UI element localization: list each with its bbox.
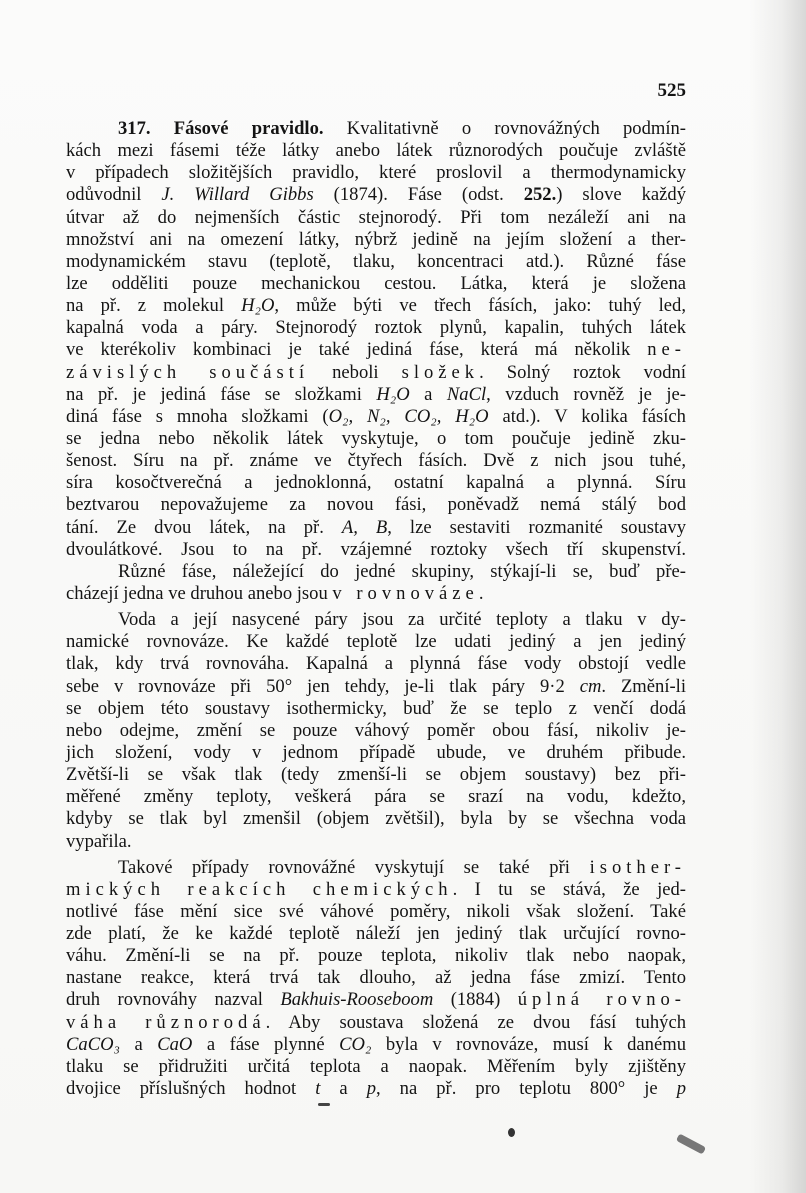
section-heading-line: 317. Fásové pravidlo. Kvalitativně o rov… — [66, 118, 686, 140]
text-run: Takové případy rovnovážné vyskytují se t… — [118, 857, 590, 878]
author-name: J. Willard Gibbs — [161, 184, 313, 205]
text-line: jich složení, vody v jednom případě ubud… — [66, 742, 686, 764]
text-line: v případech složitějších pravidlo, které… — [66, 162, 686, 184]
text-run: druh rovnováhy nazval — [66, 989, 280, 1010]
formula: H₂O — [241, 295, 274, 316]
text-line: na př. je jediná fáse se složkami H₂O a … — [66, 384, 686, 406]
text-line: dvoulátkové. Jsou to na př. vzájemné roz… — [66, 539, 686, 561]
text-line: Zvětší-li se však tlak (tedy zmenší-li s… — [66, 764, 686, 786]
text-line: šenost. Síru na př. známe ve čtyřech fás… — [66, 450, 686, 472]
paragraph-end-line: vypařila. — [66, 831, 686, 853]
section-title: 317. Fásové pravidlo. — [118, 118, 324, 139]
text-run: , může býti ve třech fásích, jako: tuhý … — [274, 295, 686, 316]
text-line: množství ani na omezení látky, nýbrž jed… — [66, 229, 686, 251]
text-line: na př. z molekul H₂O, může býti ve třech… — [66, 295, 686, 317]
text-line: se objem této soustavy isothermicky, buď… — [66, 698, 686, 720]
scanned-book-page: 525 317. Fásové pravidlo. Kvalitativně o… — [0, 0, 806, 1193]
emphasis-spaced: v rovnováze — [332, 583, 478, 604]
author-name: Bakhuis-Rooseboom — [280, 989, 433, 1010]
text-run: atd.). V kolika fásích — [489, 406, 686, 427]
text-run: na př. je jediná fáse se složkami — [66, 384, 376, 405]
formula: NaCl — [447, 384, 486, 405]
text-run: cházejí jedna ve druhou anebo jsou — [66, 583, 332, 604]
text-line: diná fáse s mnoha složkami (O₂, N₂, CO₂,… — [66, 406, 686, 428]
text-line: lze odděliti pouze mechanickou cestou. L… — [66, 273, 686, 295]
text-line: beztvarou nepovažujeme za novou fási, po… — [66, 494, 686, 516]
variable: A, B — [342, 517, 387, 538]
text-line: tání. Ze dvou látek, na př. A, B, lze se… — [66, 517, 686, 539]
paragraph-start-line: Voda a její nasycené páry jsou za určité… — [66, 609, 686, 631]
text-run: . — [479, 583, 484, 604]
text-run: . I tu se stává, že jed- — [453, 879, 686, 900]
text-run: a — [320, 1078, 366, 1099]
formula: CaO — [157, 1034, 192, 1055]
formula: O₂, N₂, CO₂, H₂O — [329, 406, 489, 427]
text-line: druh rovnováhy nazval Bakhuis-Rooseboom … — [66, 989, 686, 1011]
text-run: byla v rovnováze, musí k danému — [371, 1034, 686, 1055]
text-run: odůvodnil — [66, 184, 161, 205]
text-run: (1884) — [433, 989, 517, 1010]
text-line: útvar až do nejmenších částic stejnorodý… — [66, 207, 686, 229]
text-run: sebe v rovnováze při 50° jen tehdy, je-l… — [66, 676, 580, 697]
text-line: namické rovnováze. Ke každé teplotě lze … — [66, 631, 686, 653]
text-line: zde platí, že ke každé teplotě náleží je… — [66, 923, 686, 945]
text-line: odůvodnil J. Willard Gibbs (1874). Fáse … — [66, 184, 686, 206]
emphasis-spaced: ne- — [647, 339, 686, 360]
text-run: . Solný roztok vodní — [479, 362, 686, 383]
paragraph-start-line: Takové případy rovnovážné vyskytují se t… — [66, 857, 686, 879]
paragraph-end-line: cházejí jedna ve druhou anebo jsou v rov… — [66, 583, 686, 605]
text-run: a — [120, 1034, 157, 1055]
text-line: váhu. Změní-li se na př. pouze teplota, … — [66, 945, 686, 967]
text-run: ) slove každý — [556, 184, 686, 205]
text-line: nastane reakce, která trvá tak dlouho, a… — [66, 967, 686, 989]
scan-artifact — [676, 1133, 706, 1154]
text-run: tání. Ze dvou látek, na př. — [66, 517, 342, 538]
printer-mark — [318, 1103, 330, 1106]
text-run: ve kterékoliv kombinaci je také jediná f… — [66, 339, 647, 360]
text-line: CaCO₃ a CaO a fáse plynné CO₂ byla v rov… — [66, 1034, 686, 1056]
text-line: modynamickém stavu (teplotě, tlaku, konc… — [66, 251, 686, 273]
unit: cm — [580, 676, 602, 697]
text-run: a — [410, 384, 447, 405]
text-line: ve kterékoliv kombinaci je také jediná f… — [66, 339, 686, 361]
formula: H₂O — [376, 384, 409, 405]
emphasis-spaced: isother- — [590, 857, 686, 878]
emphasis-spaced: úplná rovno- — [518, 989, 686, 1010]
emphasis-spaced: mických reakcích chemických — [66, 879, 453, 900]
formula: CO₂ — [339, 1034, 371, 1055]
text-run: Kvalitativně o rovnovážných podmín- — [324, 118, 686, 139]
text-run: . Aby soustava složená ze dvou fásí tuhý… — [266, 1012, 686, 1033]
page-number: 525 — [650, 80, 686, 102]
text-line: se jedna nebo několik látek vyskytuje, o… — [66, 428, 686, 450]
text-run: dvojice příslušných hodnot — [66, 1078, 315, 1099]
text-run: , vzduch rovněž je je- — [486, 384, 686, 405]
text-line: notlivé fáse mění sice své váhové poměry… — [66, 901, 686, 923]
text-line: kdyby se tlak byl zmenšil (objem zvětšil… — [66, 808, 686, 830]
formula: CaCO₃ — [66, 1034, 120, 1055]
text-line: váha různorodá. Aby soustava složená ze … — [66, 1012, 686, 1034]
text-line: dvojice příslušných hodnot t a p, na př.… — [66, 1078, 686, 1100]
emphasis-spaced: složek — [402, 362, 480, 383]
text-run: a fáse plynné — [192, 1034, 339, 1055]
emphasis-spaced: závislých součástí — [66, 362, 309, 383]
text-run: . Změní-li — [601, 676, 686, 697]
text-run: , na př. pro teplotu 800° je — [376, 1078, 677, 1099]
ink-spot — [508, 1128, 515, 1137]
text-line: tlak, kdy trvá rovnováha. Kapalná a plyn… — [66, 653, 686, 675]
text-run: neboli — [309, 362, 401, 383]
body-text: 317. Fásové pravidlo. Kvalitativně o rov… — [66, 118, 686, 1100]
variable: p — [367, 1078, 376, 1099]
text-line: závislých součástí neboli složek. Solný … — [66, 362, 686, 384]
text-line: kapalná voda a páry. Stejnorodý roztok p… — [66, 317, 686, 339]
text-line: tlaku se přidružiti určitá teplota a nao… — [66, 1056, 686, 1078]
paragraph-start-line: Různé fáse, náležející do jedné skupiny,… — [66, 561, 686, 583]
text-run: diná fáse s mnoha složkami ( — [66, 406, 329, 427]
text-run: na př. z molekul — [66, 295, 241, 316]
emphasis-spaced: váha různorodá — [66, 1012, 266, 1033]
variable: p — [677, 1078, 686, 1099]
section-reference: 252. — [524, 184, 557, 205]
text-line: měřené změny teploty, veškerá pára se sr… — [66, 786, 686, 808]
text-line: nebo odejme, změní se pouze váhový poměr… — [66, 720, 686, 742]
text-run: (1874). Fáse (odst. — [314, 184, 524, 205]
text-line: sebe v rovnováze při 50° jen tehdy, je-l… — [66, 676, 686, 698]
text-line: síra kosočtverečná a jednoklonná, ostatn… — [66, 472, 686, 494]
text-line: kách mezi fásemi téže látky anebo látek … — [66, 140, 686, 162]
text-line: mických reakcích chemických. I tu se stá… — [66, 879, 686, 901]
text-run: , lze sestaviti rozmanité soustavy — [387, 517, 686, 538]
